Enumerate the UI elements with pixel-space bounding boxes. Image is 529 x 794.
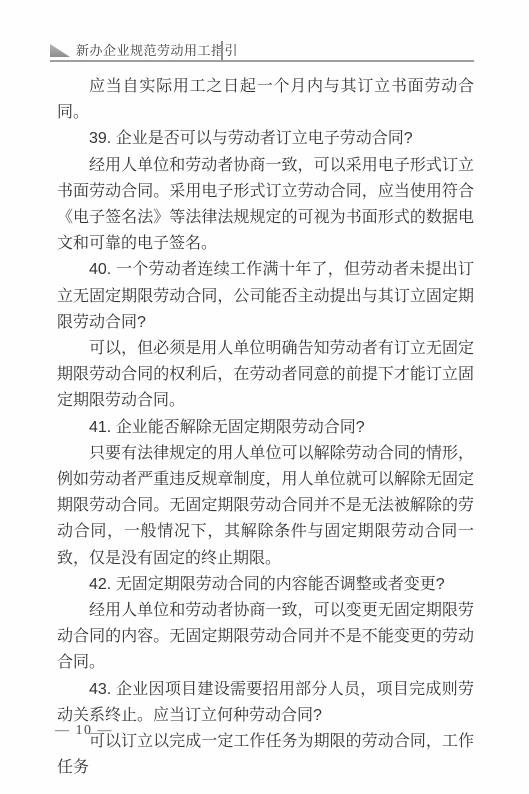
document-body: 应当自实际用工之日起一个月内与其订立书面劳动合同。 39. 企业是否可以与劳动者…	[57, 74, 474, 781]
document-page: 新办企业规范劳动用工指引 应当自实际用工之日起一个月内与其订立书面劳动合同。 3…	[0, 0, 529, 794]
question-42: 42. 无固定期限劳动合同的内容能否调整或者变更?	[57, 572, 474, 598]
header-triangle-icon	[50, 44, 70, 57]
answer-40: 可以，但必须是用人单位明确告知劳动者有订立无固定期限劳动合同的权利后，在劳动者同…	[57, 336, 474, 415]
answer-41: 只要有法律规定的用人单位可以解除劳动合同的情形，例如劳动者严重违反规章制度，用人…	[57, 441, 474, 572]
page-footer: — 10 —	[55, 723, 113, 739]
question-40: 40. 一个劳动者连续工作满十年了，但劳动者未提出订立无固定期限劳动合同，公司能…	[57, 257, 474, 336]
header-rule	[50, 60, 474, 62]
question-39: 39. 企业是否可以与劳动者订立电子劳动合同?	[57, 126, 474, 152]
answer-39: 经用人单位和劳动者协商一致，可以采用电子形式订立书面劳动合同。采用电子形式订立劳…	[57, 153, 474, 258]
answer-42: 经用人单位和劳动者协商一致，可以变更无固定期限劳动合同的内容。无固定期限劳动合同…	[57, 598, 474, 677]
page-number: — 10 —	[55, 723, 113, 738]
header-title: 新办企业规范劳动用工指引	[76, 42, 238, 60]
question-41: 41. 企业能否解除无固定期限劳动合同?	[57, 415, 474, 441]
header-divider-bar	[221, 41, 223, 61]
question-43: 43. 企业因项目建设需要招用部分人员，项目完成则劳动关系终止。应当订立何种劳动…	[57, 677, 474, 729]
answer-paragraph-38-continued: 应当自实际用工之日起一个月内与其订立书面劳动合同。	[57, 74, 474, 126]
answer-43-partial: 可以订立以完成一定工作任务为期限的劳动合同，工作任务	[57, 729, 474, 781]
